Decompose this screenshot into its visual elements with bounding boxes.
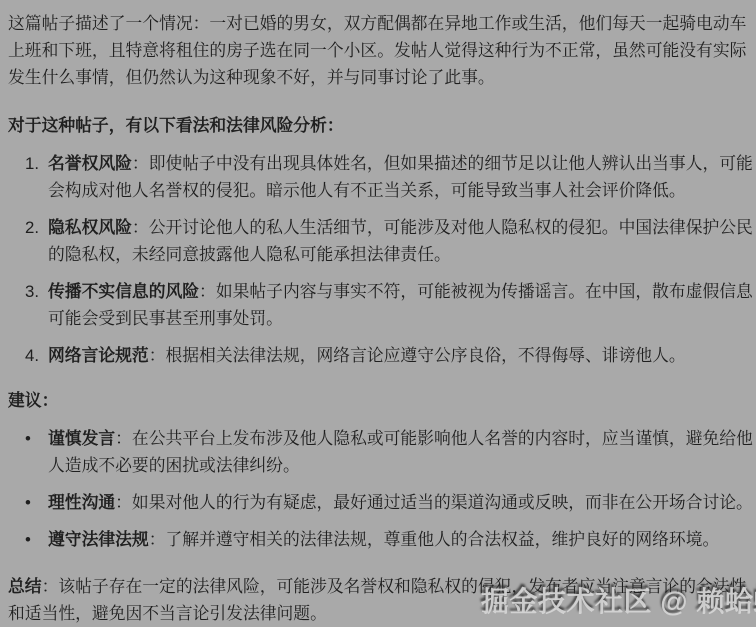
risk-item-body: 隐私权风险：公开讨论他人的私人生活细节，可能涉及对他人隐私权的侵犯。中国法律保护…: [48, 214, 754, 268]
suggestion-item-text: ：了解并遵守相关的法律法规，尊重他人的合法权益，维护良好的网络环境。: [149, 530, 720, 549]
risk-item-number: 4.: [8, 342, 48, 369]
suggestion-item-term: 谨慎发言: [48, 429, 115, 448]
risk-item-body: 传播不实信息的风险：如果帖子内容与事实不符，可能被视为传播谣言。在中国，散布虚假…: [48, 278, 754, 332]
risk-item-text: ：根据相关法律法规，网络言论应遵守公序良俗，不得侮辱、诽谤他人。: [149, 346, 686, 365]
bullet-icon: •: [8, 526, 48, 553]
suggestions-heading: 建议：: [8, 387, 754, 414]
risk-item: 4. 网络言论规范：根据相关法律法规，网络言论应遵守公序良俗，不得侮辱、诽谤他人…: [8, 342, 754, 369]
suggestion-list: • 谨慎发言：在公共平台上发布涉及他人隐私或可能影响他人名誉的内容时，应当谨慎，…: [8, 425, 754, 553]
risk-item-text: ：公开讨论他人的私人生活细节，可能涉及对他人隐私权的侵犯。中国法律保护公民的隐私…: [48, 218, 753, 264]
risk-item: 1. 名誉权风险：即使帖子中没有出现具体姓名，但如果描述的细节足以让他人辨认出当…: [8, 150, 754, 204]
bullet-icon: •: [8, 489, 48, 516]
risk-item: 2. 隐私权风险：公开讨论他人的私人生活细节，可能涉及对他人隐私权的侵犯。中国法…: [8, 214, 754, 268]
suggestion-item: • 理性沟通：如果对他人的行为有疑虑，最好通过适当的渠道沟通或反映，而非在公开场…: [8, 489, 754, 516]
risk-item: 3. 传播不实信息的风险：如果帖子内容与事实不符，可能被视为传播谣言。在中国，散…: [8, 278, 754, 332]
suggestion-item-term: 理性沟通: [48, 493, 115, 512]
risk-item-number: 2.: [8, 214, 48, 268]
suggestion-item-body: 遵守法律法规：了解并遵守相关的法律法规，尊重他人的合法权益，维护良好的网络环境。: [48, 526, 754, 553]
risk-item-term: 名誉权风险: [48, 154, 132, 173]
risk-list: 1. 名誉权风险：即使帖子中没有出现具体姓名，但如果描述的细节足以让他人辨认出当…: [8, 150, 754, 369]
analysis-heading: 对于这种帖子，有以下看法和法律风险分析：: [8, 112, 754, 139]
risk-item-number: 3.: [8, 278, 48, 332]
suggestion-item: • 遵守法律法规：了解并遵守相关的法律法规，尊重他人的合法权益，维护良好的网络环…: [8, 526, 754, 553]
risk-item-text: ：即使帖子中没有出现具体姓名，但如果描述的细节足以让他人辨认出当事人，可能会构成…: [48, 154, 753, 200]
summary-text: ：该帖子存在一定的法律风险，可能涉及名誉权和隐私权的侵犯，发布者应当注意言论的合…: [8, 577, 746, 623]
suggestion-item-text: ：在公共平台上发布涉及他人隐私或可能影响他人名誉的内容时，应当谨慎，避免给他人造…: [48, 429, 753, 475]
summary-term: 总结: [8, 577, 42, 596]
suggestion-item-term: 遵守法律法规: [48, 530, 149, 549]
summary-paragraph: 总结：该帖子存在一定的法律风险，可能涉及名誉权和隐私权的侵犯，发布者应当注意言论…: [8, 573, 754, 627]
document: 这篇帖子描述了一个情况：一对已婚的男女，双方配偶都在异地工作或生活，他们每天一起…: [0, 0, 756, 627]
intro-paragraph: 这篇帖子描述了一个情况：一对已婚的男女，双方配偶都在异地工作或生活，他们每天一起…: [8, 10, 754, 91]
risk-item-number: 1.: [8, 150, 48, 204]
suggestion-item-body: 理性沟通：如果对他人的行为有疑虑，最好通过适当的渠道沟通或反映，而非在公开场合讨…: [48, 489, 754, 516]
risk-item-term: 网络言论规范: [48, 346, 149, 365]
risk-item-term: 传播不实信息的风险: [48, 282, 199, 301]
suggestion-item-text: ：如果对他人的行为有疑虑，最好通过适当的渠道沟通或反映，而非在公开场合讨论。: [115, 493, 753, 512]
risk-item-term: 隐私权风险: [48, 218, 132, 237]
risk-item-body: 网络言论规范：根据相关法律法规，网络言论应遵守公序良俗，不得侮辱、诽谤他人。: [48, 342, 754, 369]
suggestion-item-body: 谨慎发言：在公共平台上发布涉及他人隐私或可能影响他人名誉的内容时，应当谨慎，避免…: [48, 425, 754, 479]
bullet-icon: •: [8, 425, 48, 479]
risk-item-body: 名誉权风险：即使帖子中没有出现具体姓名，但如果描述的细节足以让他人辨认出当事人，…: [48, 150, 754, 204]
suggestion-item: • 谨慎发言：在公共平台上发布涉及他人隐私或可能影响他人名誉的内容时，应当谨慎，…: [8, 425, 754, 479]
